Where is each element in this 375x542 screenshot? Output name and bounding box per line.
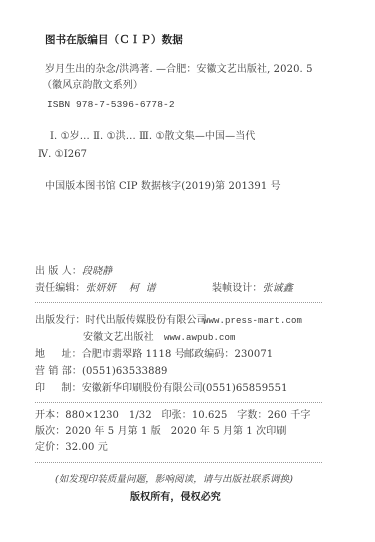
price-row: 定价：32.00 元 xyxy=(35,442,108,454)
printer-phone: (0551)65859551 xyxy=(202,383,288,395)
printer-name: 安徽新华印刷股份有限公司 xyxy=(82,383,203,394)
quality-notice: (如发现印装质量问题，影响阅读，请与出版社联系调换) xyxy=(55,474,293,486)
divider-1 xyxy=(35,302,322,303)
designer-name: 张诚鑫 xyxy=(263,283,293,294)
editor-row: 责任编辑：张妍妍 柯 谱 xyxy=(35,283,156,295)
publisher-person-row: 出 版 人：段晓静 xyxy=(35,266,112,278)
cip-isbn: ISBN 978-7-5396-6778-2 xyxy=(47,99,175,111)
format-row: 开本：880×1230 1/32 印张：10.625 字数：260 千字 xyxy=(35,410,310,422)
address-label: 地 址： xyxy=(35,349,82,360)
divider-3 xyxy=(35,462,322,463)
printing-label: 印 制： xyxy=(35,383,82,394)
publisher-person-label: 出 版 人： xyxy=(35,266,82,277)
distributor-1-name: 时代出版传媒股份有限公司 xyxy=(86,315,207,326)
cip-data-number: 中国版本图书馆 CIP 数据核字(2019)第 201391 号 xyxy=(45,181,281,193)
postcode-value: 230071 xyxy=(235,349,274,360)
cip-title-line: 岁月生出的杂念/洪鸿著. —合肥：安徽文艺出版社, 2020. 5 xyxy=(45,64,313,76)
editor-label: 责任编辑： xyxy=(35,283,86,294)
design-label: 装帧设计： xyxy=(212,283,263,294)
address-value: 合肥市翡翠路 1118 号 xyxy=(82,349,185,360)
marketing-phone: (0551)63533889 xyxy=(82,366,168,377)
distributor-label: 出版发行： xyxy=(35,315,86,326)
cip-classification-2: Ⅳ. ①I267 xyxy=(38,149,87,161)
distributor-row: 出版发行：时代出版传媒股份有限公司 xyxy=(35,315,207,327)
cip-classification-1: Ⅰ. ①岁… Ⅱ. ①洪… Ⅲ. ①散文集—中国—当代 xyxy=(50,131,255,143)
marketing-row: 营 销 部：(0551)63533889 xyxy=(35,366,168,378)
editor-names: 张妍妍 柯 谱 xyxy=(86,283,156,294)
cip-series: （徽风京韵散文系列） xyxy=(42,80,143,92)
publisher-person-name: 段晓静 xyxy=(82,266,112,277)
design-row: 装帧设计：张诚鑫 xyxy=(212,283,293,295)
postcode-label: 邮政编码： xyxy=(184,349,235,360)
distributor-1-url: www.press-mart.com xyxy=(203,315,302,327)
copyright-notice: 版权所有，侵权必究 xyxy=(130,492,221,504)
divider-2 xyxy=(35,402,322,403)
distributor-2-name: 安徽文艺出版社 xyxy=(83,332,154,344)
marketing-label: 营 销 部： xyxy=(35,366,82,377)
cip-heading: 图书在版编目（ＣＩＰ）数据 xyxy=(45,34,183,46)
distributor-2-url: www.awpub.com xyxy=(164,332,236,344)
postcode-row: 邮政编码：230071 xyxy=(184,349,273,361)
printing-row: 印 制：安徽新华印刷股份有限公司 xyxy=(35,383,203,395)
edition-row: 版次：2020 年 5 月第 1 版 2020 年 5 月第 1 次印刷 xyxy=(35,426,286,438)
address-row: 地 址：合肥市翡翠路 1118 号 xyxy=(35,349,185,361)
